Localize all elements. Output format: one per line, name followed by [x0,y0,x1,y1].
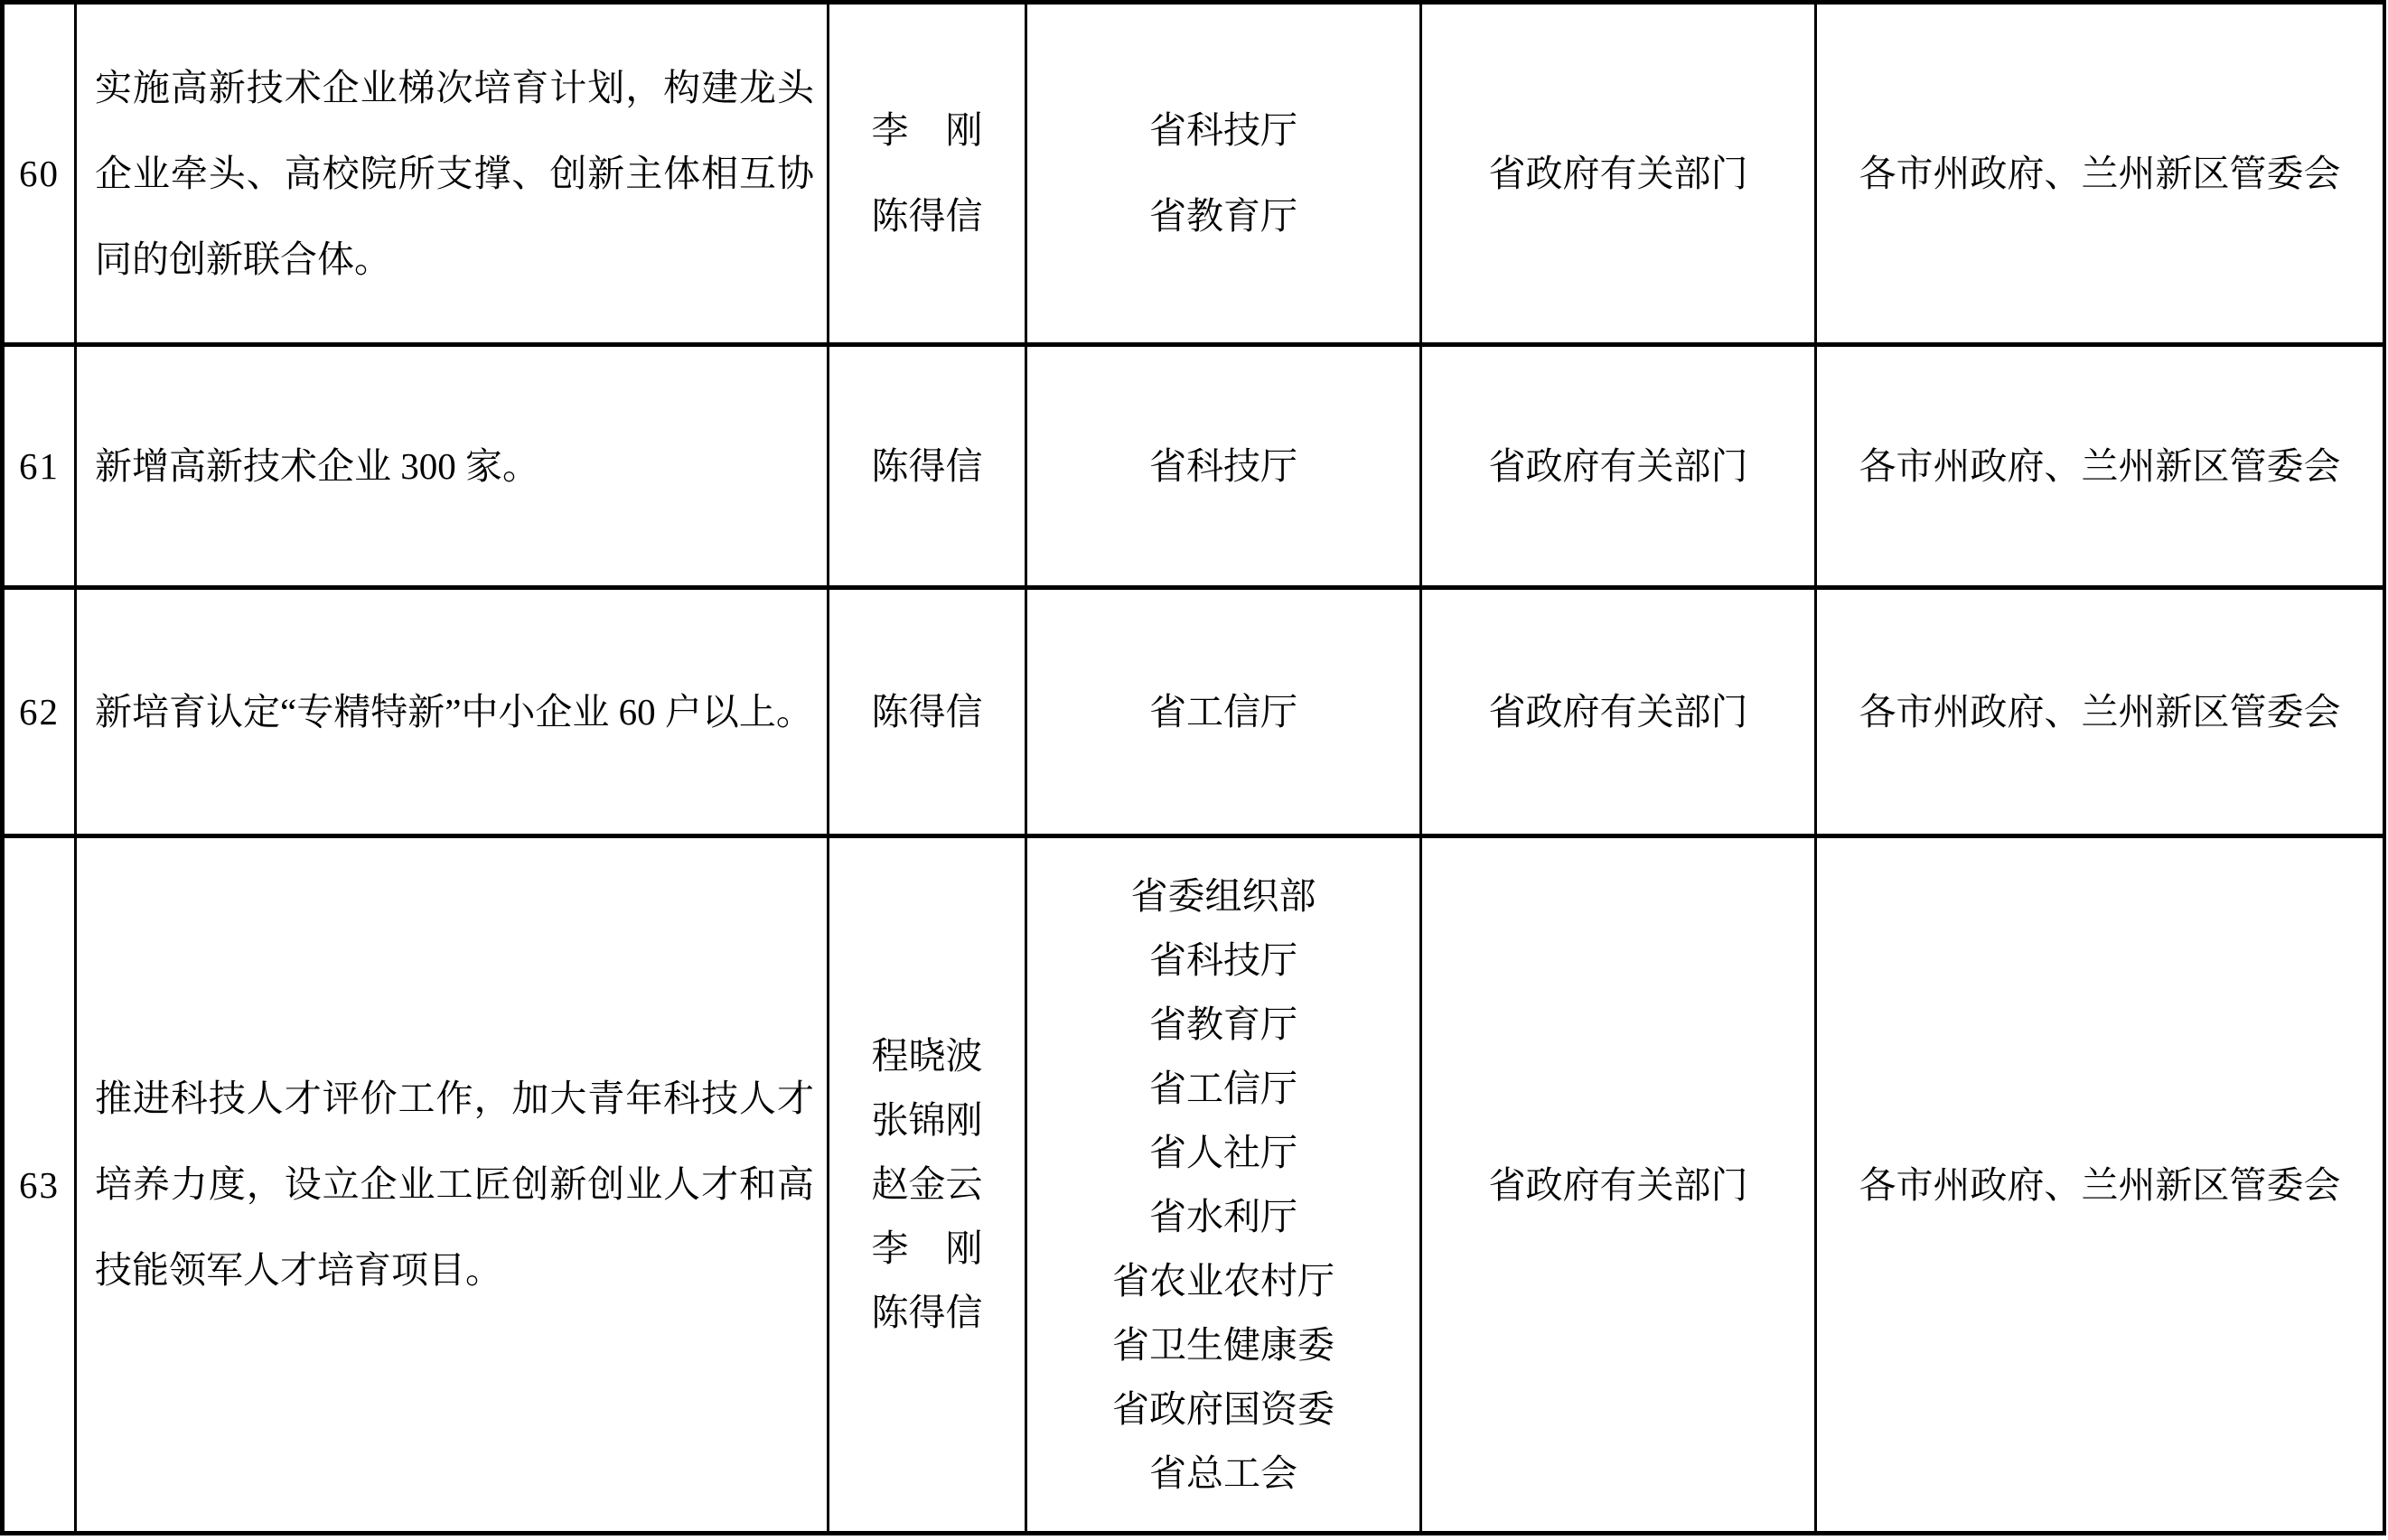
text-line: 省工信厅 [1027,669,1419,755]
implementing-text: 各市州政府、兰州新区管委会 [1859,439,2341,493]
text-line: 陈得信 [829,173,1025,259]
task-text: 新增高新技术企业 300 家。 [77,424,827,509]
row-60-responsible-cell: 省政府有关部门 [1422,5,1817,347]
row-60-implementing-cell: 各市州政府、兰州新区管委会 [1817,5,2383,347]
row-61-departments-cell: 省科技厅 [1027,347,1422,590]
row-61-implementing-cell: 各市州政府、兰州新区管委会 [1817,347,2383,590]
row-63-number-cell: 63 [5,838,77,1531]
text-line: 省农业农村厅 [1027,1249,1419,1313]
row-number: 61 [19,444,60,488]
text-line: 省水利厅 [1027,1185,1419,1249]
text-line: 省科技厅 [1027,929,1419,993]
text-line: 省教育厅 [1027,993,1419,1057]
leader-names: 陈得信 [829,424,1025,509]
leader-names: 程晓波张锦刚赵金云李 刚陈得信 [829,1024,1025,1345]
row-61-task-cell: 新增高新技术企业 300 家。 [77,347,829,590]
row-62-leaders-cell: 陈得信 [829,590,1027,838]
text-line: 省人社厅 [1027,1121,1419,1185]
task-text: 新培育认定“专精特新”中小企业 60 户以上。 [77,669,827,755]
text-line: 李 刚 [829,1217,1025,1281]
row-61-leaders-cell: 陈得信 [829,347,1027,590]
text-line: 省卫生健康委 [1027,1313,1419,1377]
implementing-text: 各市州政府、兰州新区管委会 [1859,146,2341,201]
text-line: 省科技厅 [1027,424,1419,509]
row-62-responsible-cell: 省政府有关部门 [1422,590,1817,838]
text-line: 陈得信 [829,424,1025,509]
implementing-text: 各市州政府、兰州新区管委会 [1859,685,2341,739]
leader-names: 陈得信 [829,669,1025,755]
responsible-text: 省政府有关部门 [1489,685,1748,739]
row-61-responsible-cell: 省政府有关部门 [1422,347,1817,590]
row-number: 63 [19,1163,60,1207]
department-names: 省科技厅省教育厅 [1027,88,1419,259]
text-line: 陈得信 [829,669,1025,755]
row-60-number-cell: 60 [5,5,77,347]
responsible-text: 省政府有关部门 [1489,439,1748,493]
row-63-task-cell: 推进科技人才评价工作，加大青年科技人才培养力度，设立企业工匠创新创业人才和高技能… [77,838,829,1531]
text-line: 赵金云 [829,1153,1025,1217]
row-63-departments-cell: 省委组织部省科技厅省教育厅省工信厅省人社厅省水利厅省农业农村厅省卫生健康委省政府… [1027,838,1422,1531]
implementing-text: 各市州政府、兰州新区管委会 [1859,1158,2341,1212]
task-text: 推进科技人才评价工作，加大青年科技人才培养力度，设立企业工匠创新创业人才和高技能… [77,1056,827,1313]
text-line: 张锦刚 [829,1088,1025,1153]
responsible-text: 省政府有关部门 [1489,1158,1748,1212]
row-60-departments-cell: 省科技厅省教育厅 [1027,5,1422,347]
row-63-leaders-cell: 程晓波张锦刚赵金云李 刚陈得信 [829,838,1027,1531]
leader-names: 李 刚陈得信 [829,88,1025,259]
text-line: 陈得信 [829,1281,1025,1345]
text-line: 省总工会 [1027,1442,1419,1506]
row-62-implementing-cell: 各市州政府、兰州新区管委会 [1817,590,2383,838]
department-names: 省科技厅 [1027,424,1419,509]
department-names: 省工信厅 [1027,669,1419,755]
text-line: 省委组织部 [1027,864,1419,929]
document-page: 60 实施高新技术企业梯次培育计划，构建龙头企业牵头、高校院所支撑、创新主体相互… [0,0,2388,1540]
row-60-leaders-cell: 李 刚陈得信 [829,5,1027,347]
row-61-number-cell: 61 [5,347,77,590]
department-names: 省委组织部省科技厅省教育厅省工信厅省人社厅省水利厅省农业农村厅省卫生健康委省政府… [1027,864,1419,1506]
row-60-task-cell: 实施高新技术企业梯次培育计划，构建龙头企业牵头、高校院所支撑、创新主体相互协同的… [77,5,829,347]
row-62-departments-cell: 省工信厅 [1027,590,1422,838]
text-line: 省工信厅 [1027,1057,1419,1121]
task-text: 实施高新技术企业梯次培育计划，构建龙头企业牵头、高校院所支撑、创新主体相互协同的… [77,45,827,303]
row-62-number-cell: 62 [5,590,77,838]
row-63-implementing-cell: 各市州政府、兰州新区管委会 [1817,838,2383,1531]
row-63-responsible-cell: 省政府有关部门 [1422,838,1817,1531]
text-line: 李 刚 [829,88,1025,173]
row-number: 62 [19,690,60,733]
responsible-text: 省政府有关部门 [1489,146,1748,201]
text-line: 程晓波 [829,1024,1025,1088]
row-62-task-cell: 新培育认定“专精特新”中小企业 60 户以上。 [77,590,829,838]
row-number: 60 [19,152,60,195]
task-table: 60 实施高新技术企业梯次培育计划，构建龙头企业牵头、高校院所支撑、创新主体相互… [0,0,2386,1535]
text-line: 省教育厅 [1027,173,1419,259]
text-line: 省科技厅 [1027,88,1419,173]
text-line: 省政府国资委 [1027,1377,1419,1442]
